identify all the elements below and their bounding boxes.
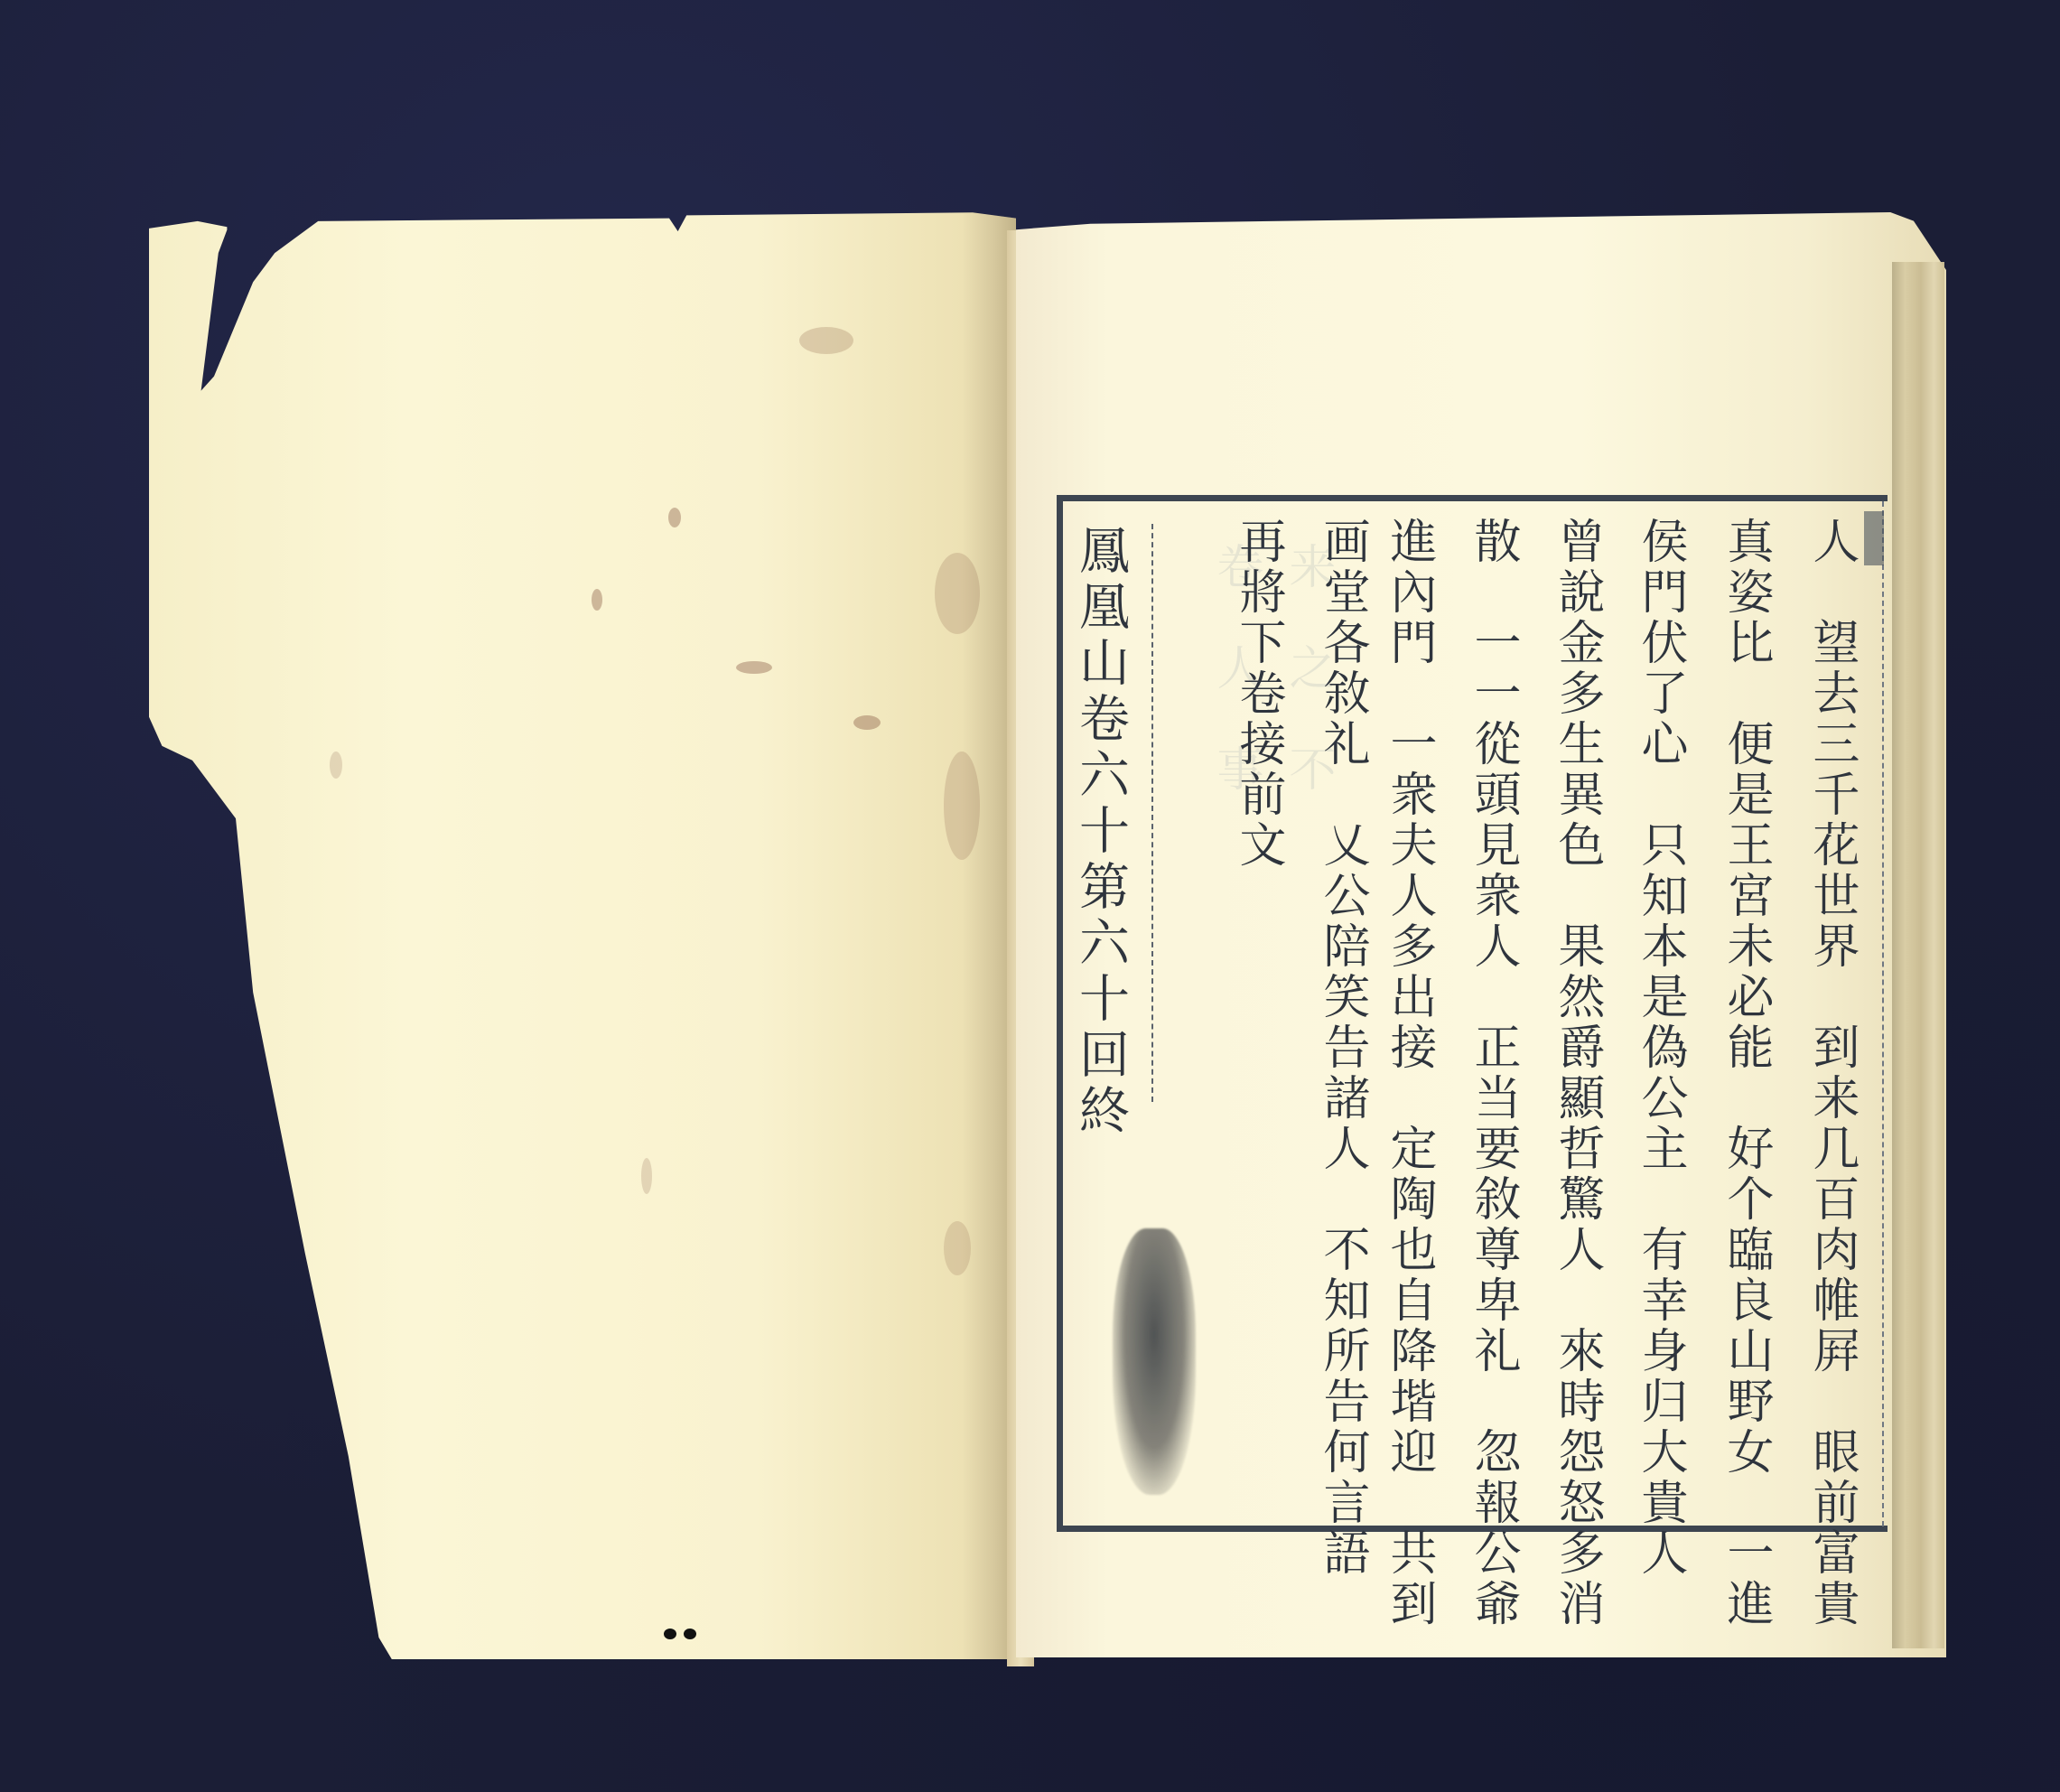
page-stack-edge xyxy=(1892,262,1944,1648)
text-column-4: 曾說金多生異色 果然爵顯哲驚人 來時怨怒多消 xyxy=(1552,517,1602,1629)
title-column-rule xyxy=(1151,524,1153,1102)
text-column-1: 人 望去三千花世界 到来几百肉帷屛 眼前富貴 xyxy=(1806,517,1857,1629)
text-column-8: 再將下卷接前文 xyxy=(1233,517,1283,871)
closing-title-column: 鳳凰山卷六十第六十回終 xyxy=(1075,524,1125,1140)
text-column-5: 散 一一從頭見衆人 正当要敘尊卑礼 忽報公爺 xyxy=(1468,517,1518,1629)
foxing-stain xyxy=(853,715,881,730)
foxing-stain xyxy=(736,661,772,674)
foxing-stain xyxy=(799,327,853,354)
seal-stamp xyxy=(1113,1228,1196,1495)
ink-spots xyxy=(664,1626,704,1643)
text-column-6: 進內門 一衆夫人多出接 定陶也自降堦迎 共到 xyxy=(1384,517,1434,1629)
fish-tail-mark-icon xyxy=(1864,511,1884,565)
foxing-stain xyxy=(330,751,342,779)
text-column-3: 侯門伏了心 只知本是偽公主 有幸身归大貴人 xyxy=(1635,517,1685,1579)
banxin-centerfold xyxy=(1860,506,1888,1048)
text-column-7: 画堂各敘礼 乂公陪笑告諸人 不知所告何言語 xyxy=(1317,517,1367,1579)
foxing-stain xyxy=(592,589,602,611)
text-column-2: 真姿比 便是王宮未必能 好个臨良山野女 一進 xyxy=(1720,517,1771,1629)
foxing-stain xyxy=(641,1158,652,1194)
foxing-stain xyxy=(668,508,681,527)
